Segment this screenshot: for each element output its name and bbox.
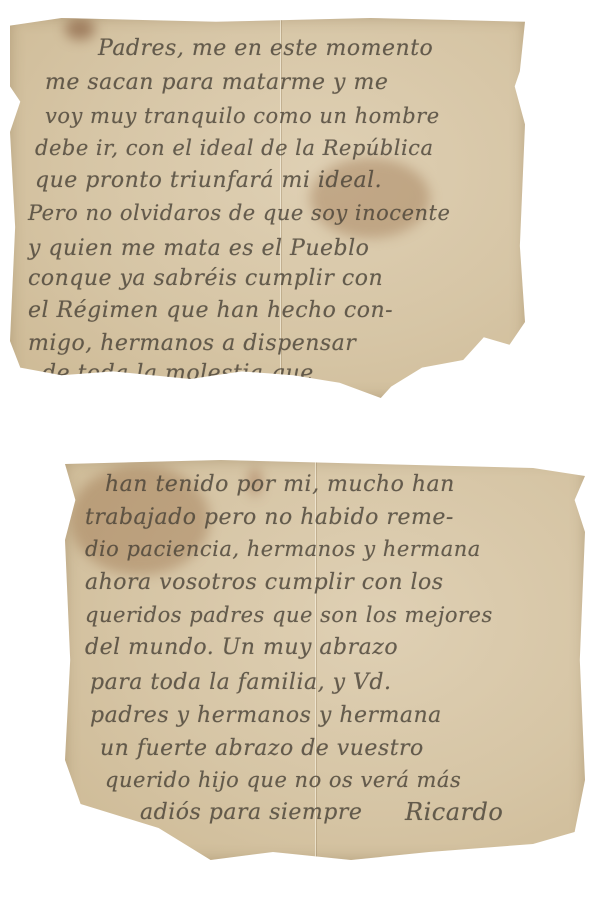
letter-line: ahora vosotros cumplir con los	[65, 570, 585, 595]
letter-line: para toda la familia, y Vd.	[65, 670, 585, 695]
letter-line: padres y hermanos y hermana	[65, 703, 585, 728]
letter-line: de toda la molestia que	[10, 361, 525, 386]
letter-line: Padres, me en este momento	[10, 36, 525, 61]
letter-line: del mundo. Un muy abrazo	[65, 635, 585, 660]
letter-line: queridos padres que son los mejores	[65, 603, 585, 627]
signature: Ricardo	[65, 798, 585, 826]
letter-line: voy muy tranquilo como un hombre	[10, 104, 525, 128]
letter-line: querido hijo que no os verá más	[65, 768, 585, 792]
letter-line: el Régimen que han hecho con-	[10, 298, 525, 323]
letter-line: han tenido por mi, mucho han	[65, 472, 585, 497]
letter-line: trabajado pero no habido reme-	[65, 505, 585, 530]
letter-line: y quien me mata es el Pueblo	[10, 236, 525, 261]
letter-line: Pero no olvidaros de que soy inocente	[10, 201, 525, 225]
letter-line: me sacan para matarme y me	[10, 70, 525, 95]
letter-fragment-top: Padres, me en este momento me sacan para…	[10, 18, 525, 398]
letter-fragment-bottom: han tenido por mi, mucho han trabajado p…	[65, 460, 585, 860]
letter-line: migo, hermanos a dispensar	[10, 331, 525, 356]
letter-line: dio paciencia, hermanos y hermana	[65, 537, 585, 561]
letter-line: que pronto triunfará mi ideal.	[10, 168, 525, 193]
letter-line: conque ya sabréis cumplir con	[10, 266, 525, 291]
letter-line: debe ir, con el ideal de la República	[10, 136, 525, 160]
letter-line: un fuerte abrazo de vuestro	[65, 736, 585, 761]
